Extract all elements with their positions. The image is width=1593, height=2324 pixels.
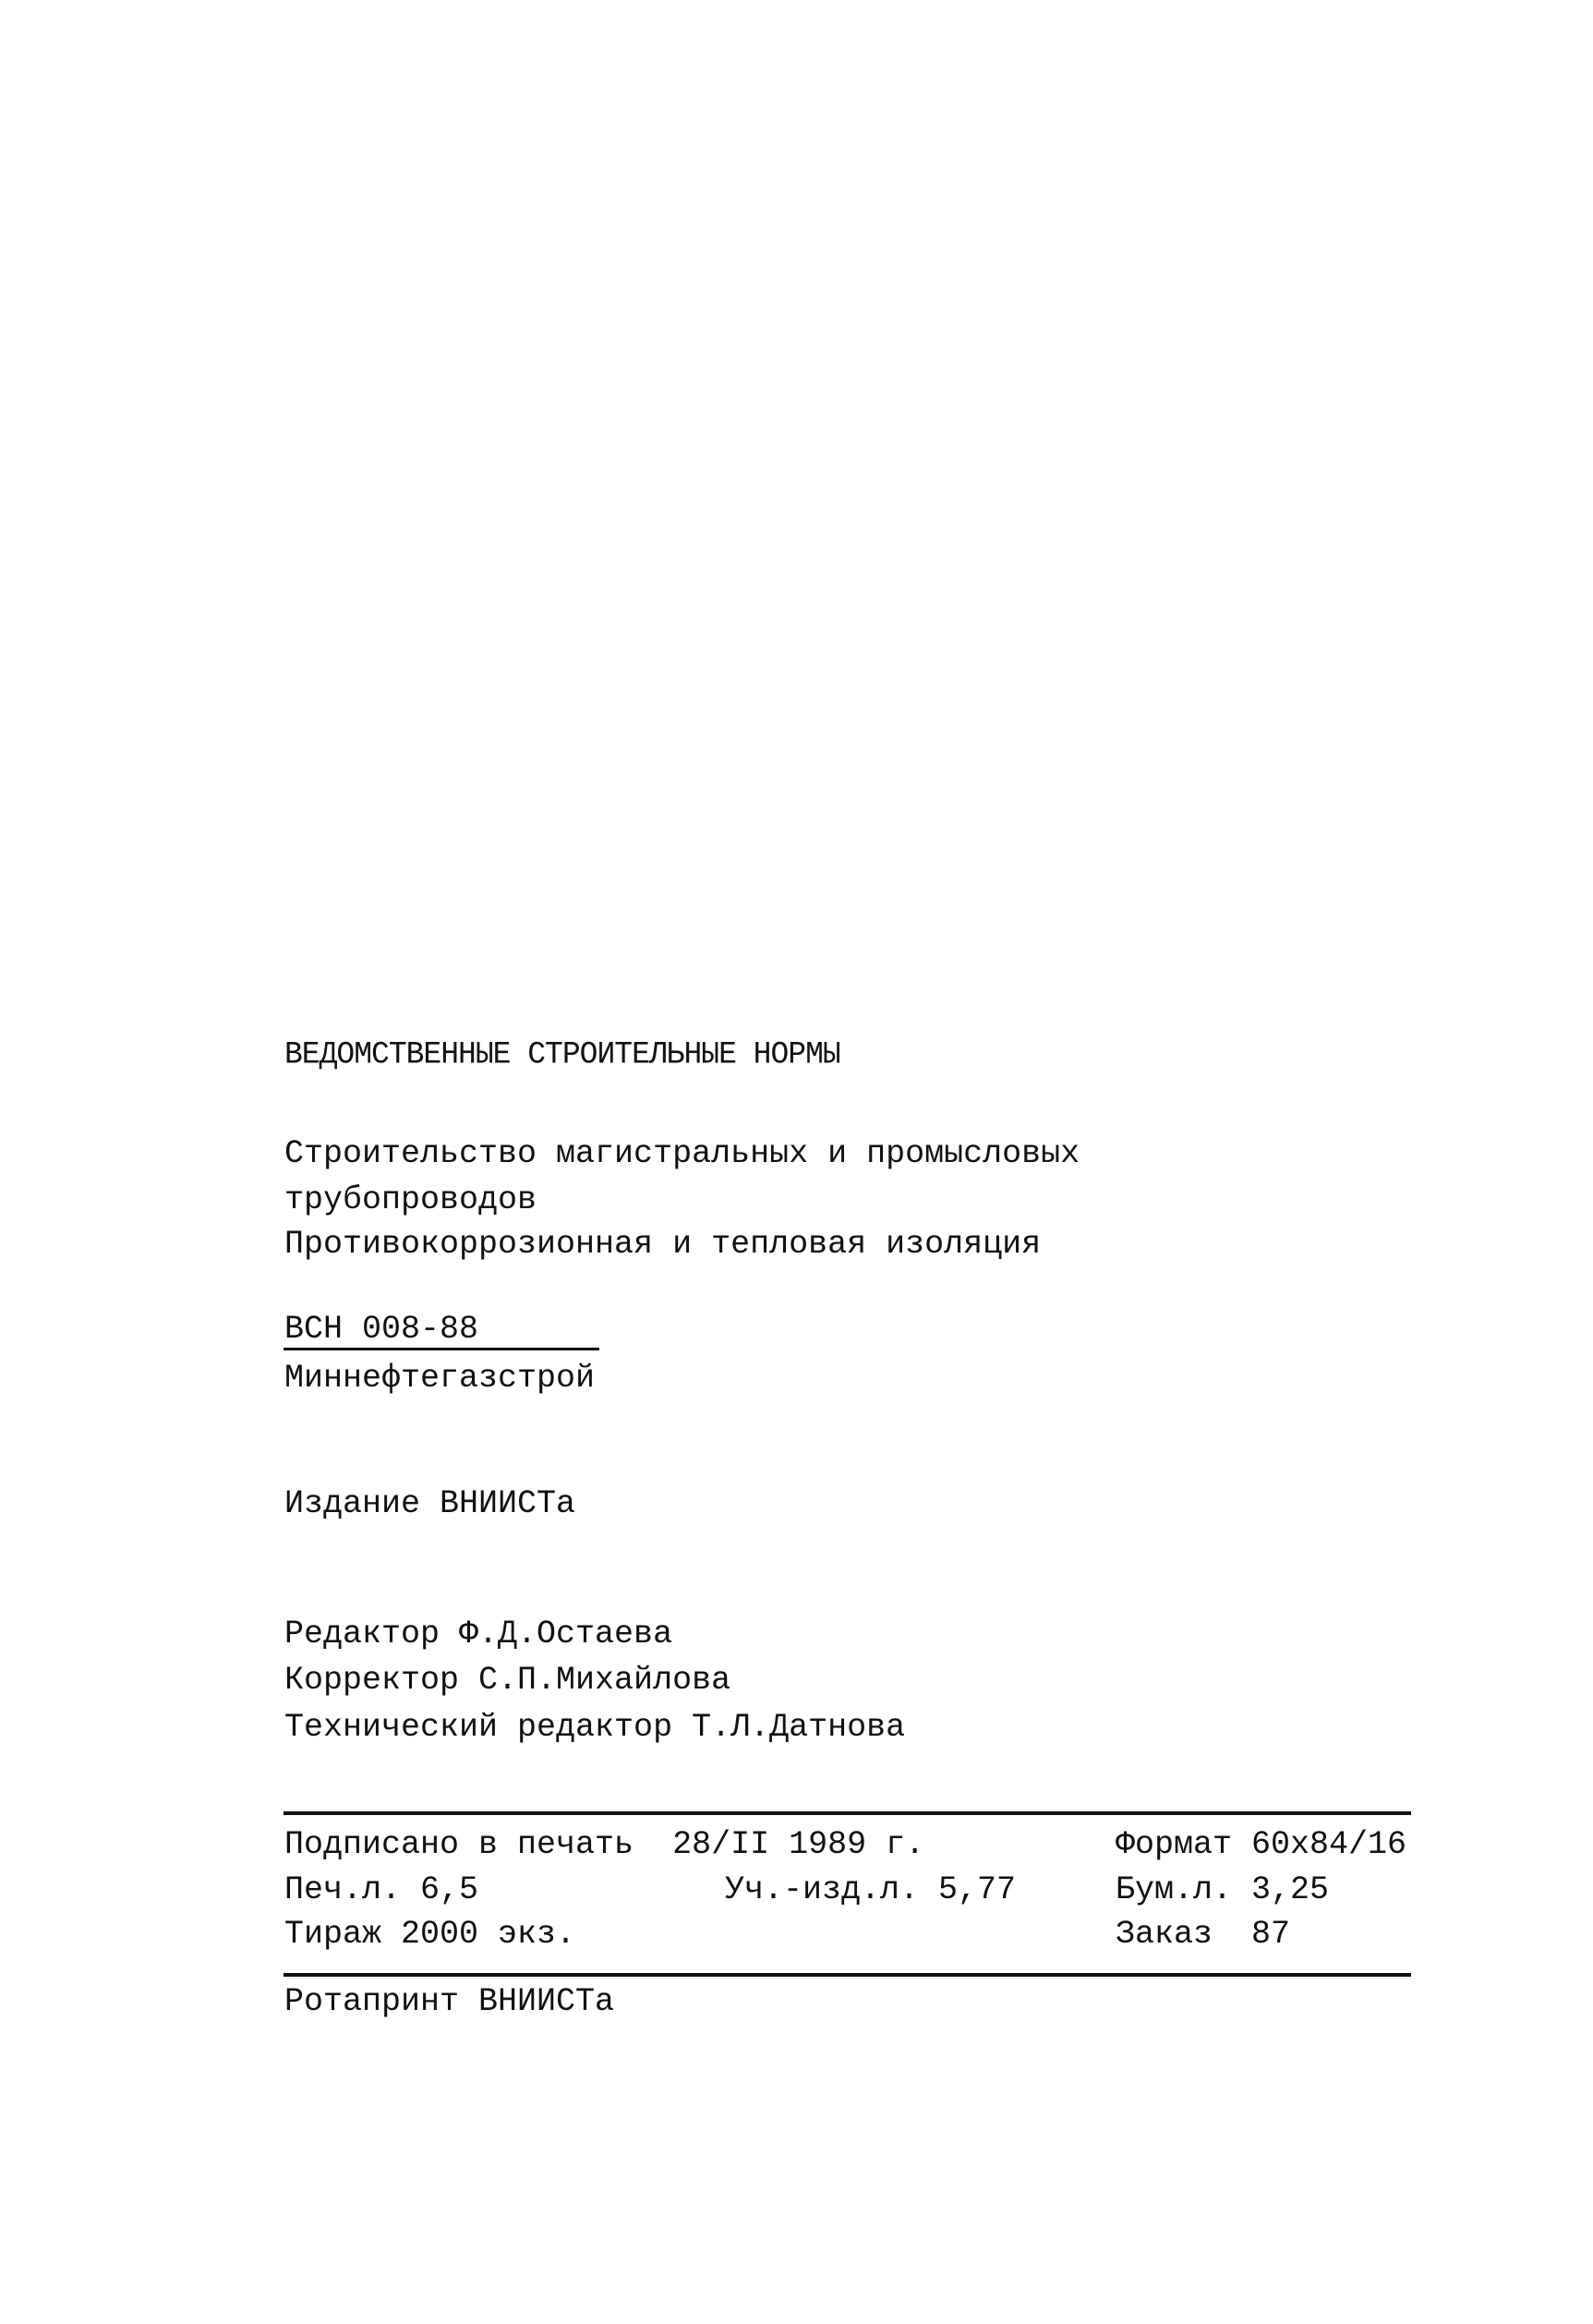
- document-code: ВСН 008-88: [284, 1311, 478, 1348]
- printer-line: Ротапринт ВНИИСТа: [284, 1983, 614, 2020]
- proofreader-line: Корректор С.П.Михайлова: [284, 1662, 730, 1699]
- imprint-bottom-rule: [284, 1973, 1411, 1977]
- edition-line: Издание ВНИИСТа: [284, 1485, 575, 1522]
- imprint-top-rule: [284, 1811, 1411, 1815]
- title-line-2: трубопроводов: [284, 1181, 537, 1218]
- paper-sheets: Бум.л. 3,25: [1116, 1871, 1329, 1908]
- series-heading: ВЕДОМСТВЕННЫЕ СТРОИТЕЛЬНЫЕ НОРМЫ: [284, 1035, 840, 1074]
- paper-format: Формат 60x84/16: [1116, 1826, 1406, 1863]
- editor-line: Редактор Ф.Д.Остаева: [284, 1616, 672, 1652]
- document-page: ВЕДОМСТВЕННЫЕ СТРОИТЕЛЬНЫЕ НОРМЫ Строите…: [0, 0, 1593, 2324]
- code-underline: [284, 1348, 599, 1350]
- tech-editor-line: Технический редактор Т.Л.Датнова: [284, 1709, 905, 1746]
- publisher-sheets: Уч.-изд.л. 5,77: [725, 1871, 1016, 1908]
- signed-to-print: Подписано в печать 28/II 1989 г.: [284, 1826, 924, 1863]
- title-line-1: Строительство магистральных и промысловы…: [284, 1135, 1080, 1172]
- ministry-name: Миннефтегазстрой: [284, 1360, 595, 1397]
- circulation: Тираж 2000 экз.: [284, 1916, 575, 1953]
- title-line-3: Противокоррозионная и тепловая изоляция: [284, 1226, 1041, 1263]
- print-sheets: Печ.л. 6,5: [284, 1871, 478, 1908]
- order-number: Заказ 87: [1116, 1916, 1290, 1953]
